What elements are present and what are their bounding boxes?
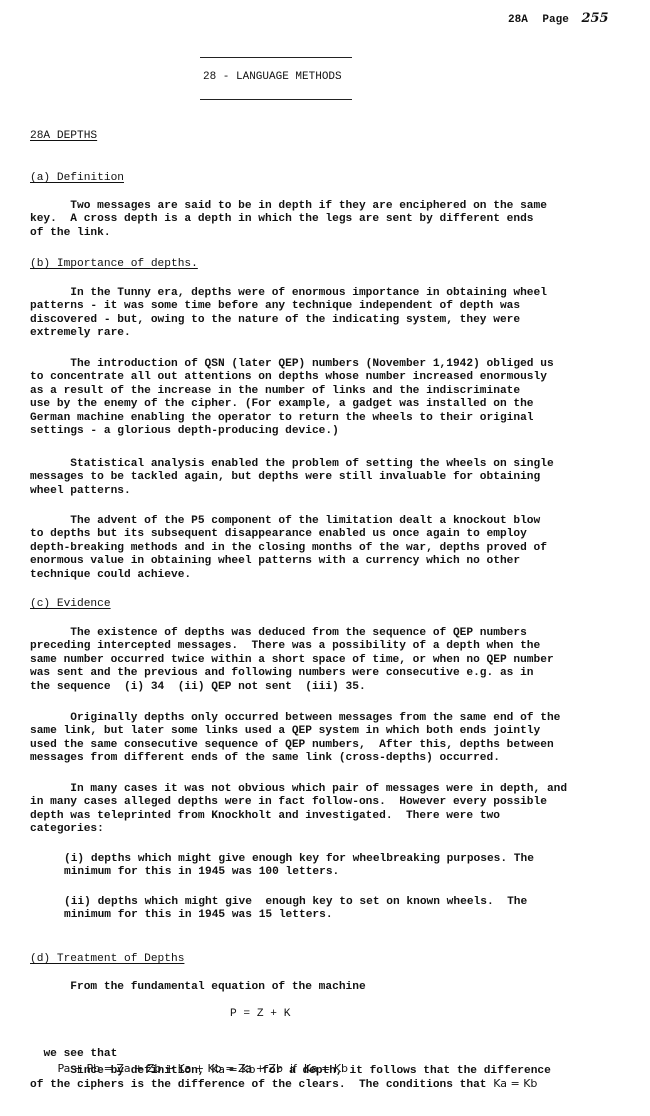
section-heading: 28A DEPTHS	[30, 130, 97, 143]
category-item: (i) depths which might give enough key f…	[64, 853, 624, 880]
paragraph: In the Tunny era, depths were of enormou…	[30, 287, 630, 341]
last-line-equation: Ka = Kb	[493, 1077, 537, 1090]
paragraph: The advent of the P5 component of the li…	[30, 515, 630, 582]
paragraph: In many cases it was not obvious which p…	[30, 783, 630, 837]
last-line-prefix: of the ciphers is the difference of the …	[30, 1079, 493, 1091]
heading-treatment: (d) Treatment of Depths	[30, 953, 184, 966]
page-section: 28A	[508, 14, 528, 26]
paragraph: Two messages are said to be in depth if …	[30, 200, 630, 240]
last-line: of the ciphers is the difference of the …	[30, 1077, 537, 1092]
document-title: 28 - LANGUAGE METHODS	[203, 71, 342, 84]
heading-importance: (b) Importance of depths.	[30, 258, 198, 271]
page-label: Page	[542, 14, 568, 26]
paragraph: Originally depths only occurred between …	[30, 712, 630, 766]
since-equation: Ka = Kb	[211, 1063, 255, 1076]
paragraph: From the fundamental equation of the mac…	[30, 981, 630, 994]
category-item: (ii) depths which might give enough key …	[64, 896, 624, 923]
heading-evidence: (c) Evidence	[30, 598, 111, 611]
page-number: 255	[581, 11, 608, 26]
title-rule-bottom	[200, 99, 352, 100]
paragraph: The introduction of QSN (later QEP) numb…	[30, 358, 630, 438]
paragraph: The existence of depths was deduced from…	[30, 627, 630, 694]
since-rest: for a depth, it follows that the differe…	[255, 1065, 550, 1077]
since-prefix: Since by definition,	[30, 1065, 205, 1077]
page-header: 28A Page 255	[508, 12, 609, 27]
fundamental-equation: P = Z + K	[230, 1008, 290, 1021]
heading-definition: (a) Definition	[30, 172, 124, 185]
paragraph: Statistical analysis enabled the problem…	[30, 458, 630, 498]
title-rule-top	[200, 57, 352, 58]
derivation-prefix: we see that	[43, 1048, 117, 1060]
